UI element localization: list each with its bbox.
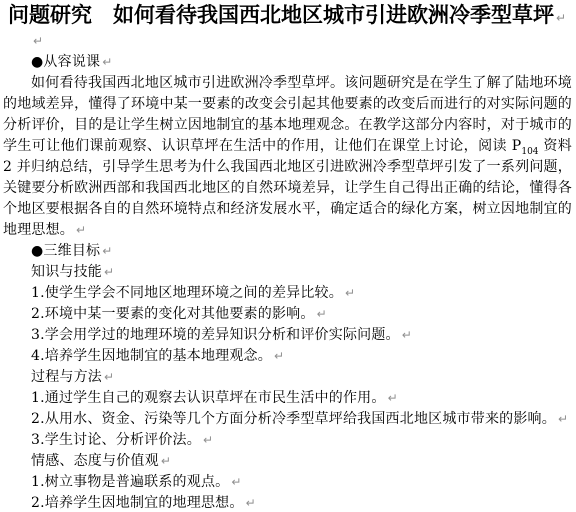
list-item: 2.从用水、资金、污染等几个方面分析冷季型草坪给我国西北地区城市带来的影响。↵ xyxy=(3,409,572,430)
list-item: 2.培养学生因地制宜的地理思想。↵ xyxy=(3,493,572,512)
list-item: 1.树立事物是普遍联系的观点。↵ xyxy=(3,472,572,493)
paragraph-mark-icon: ↵ xyxy=(343,286,355,300)
paragraph-mark-icon: ↵ xyxy=(272,349,284,363)
paragraph-mark-icon: ↵ xyxy=(100,55,112,69)
list-item: 2.环境中某一要素的变化对其他要素的影响。↵ xyxy=(3,304,572,325)
subscript-page-number: 104 xyxy=(521,147,538,157)
list-item-text: 3.学生讨论、分析评价法。 xyxy=(31,432,201,448)
paragraph-mark-icon: ↵ xyxy=(159,454,171,468)
section-heading-sanwei-mubiao: ●三维目标↵ xyxy=(3,241,572,262)
list-item: 1.使学生学会不同地区地理环境之间的差异比较。↵ xyxy=(3,283,572,304)
paragraph-mark-icon: ↵ xyxy=(556,412,568,426)
document-title: 问题研究 如何看待我国西北地区城市引进欧洲冷季型草坪 xyxy=(8,3,554,27)
body-paragraph: 如何看待我国西北地区城市引进欧洲冷季型草坪。该问题研究是在学生了解了陆地环境的地… xyxy=(3,73,572,241)
subheading-zhishi-jineng: 知识与技能↵ xyxy=(3,262,572,283)
list-item-text: 2.环境中某一要素的变化对其他要素的影响。 xyxy=(31,306,315,322)
paragraph-mark-icon: ↵ xyxy=(102,370,114,384)
body-text-pre: 如何看待我国西北地区城市引进欧洲冷季型草坪。该问题研究是在学生了解了陆地环境的地… xyxy=(3,75,572,154)
paragraph-mark-icon: ↵ xyxy=(31,34,43,48)
paragraph-mark-icon: ↵ xyxy=(554,11,566,25)
paragraph-mark-icon: ↵ xyxy=(102,265,114,279)
paragraph-mark-icon: ↵ xyxy=(74,223,86,237)
subheading-text: 过程与方法 xyxy=(31,369,102,385)
list-item: 1.通过学生自己的观察去认识草坪在市民生活中的作用。↵ xyxy=(3,388,572,409)
list-item-text: 2.培养学生因地制宜的地理思想。 xyxy=(31,495,244,511)
document-page: 问题研究 如何看待我国西北地区城市引进欧洲冷季型草坪↵ ↵ ●从容说课↵ 如何看… xyxy=(0,0,576,512)
list-item-text: 2.从用水、资金、污染等几个方面分析冷季型草坪给我国西北地区城市带来的影响。 xyxy=(31,411,556,427)
heading-text: ●三维目标 xyxy=(31,243,100,259)
paragraph-mark-icon: ↵ xyxy=(100,244,112,258)
paragraph-mark-icon: ↵ xyxy=(229,475,241,489)
section-heading-shuoke: ●从容说课↵ xyxy=(3,52,572,73)
paragraph-mark-icon: ↵ xyxy=(244,496,256,510)
document-title-line: 问题研究 如何看待我国西北地区城市引进欧洲冷季型草坪↵ xyxy=(0,0,576,31)
list-item-text: 3.学会用学过的地理环境的差异知识分析和评价实际问题。 xyxy=(31,327,400,343)
paragraph-mark-icon: ↵ xyxy=(400,328,412,342)
heading-text: ●从容说课 xyxy=(31,54,100,70)
subheading-qinggan-taidu: 情感、态度与价值观↵ xyxy=(3,451,572,472)
paragraph-mark-icon: ↵ xyxy=(315,307,327,321)
list-item-text: 1.树立事物是普遍联系的观点。 xyxy=(31,474,229,490)
list-item-text: 1.通过学生自己的观察去认识草坪在市民生活中的作用。 xyxy=(31,390,386,406)
paragraph-mark-icon: ↵ xyxy=(201,433,213,447)
subheading-text: 情感、态度与价值观 xyxy=(31,453,159,469)
subheading-text: 知识与技能 xyxy=(31,264,102,280)
list-item: 4.培养学生因地制宜的基本地理观念。↵ xyxy=(3,346,572,367)
list-item-text: 4.培养学生因地制宜的基本地理观念。 xyxy=(31,348,272,364)
list-item: 3.学会用学过的地理环境的差异知识分析和评价实际问题。↵ xyxy=(3,325,572,346)
list-item: 3.学生讨论、分析评价法。↵ xyxy=(3,430,572,451)
list-item-text: 1.使学生学会不同地区地理环境之间的差异比较。 xyxy=(31,285,343,301)
document-body: ↵ ●从容说课↵ 如何看待我国西北地区城市引进欧洲冷季型草坪。该问题研究是在学生… xyxy=(0,31,576,512)
empty-paragraph: ↵ xyxy=(3,31,572,52)
paragraph-mark-icon: ↵ xyxy=(386,391,398,405)
subheading-guocheng-fangfa: 过程与方法↵ xyxy=(3,367,572,388)
